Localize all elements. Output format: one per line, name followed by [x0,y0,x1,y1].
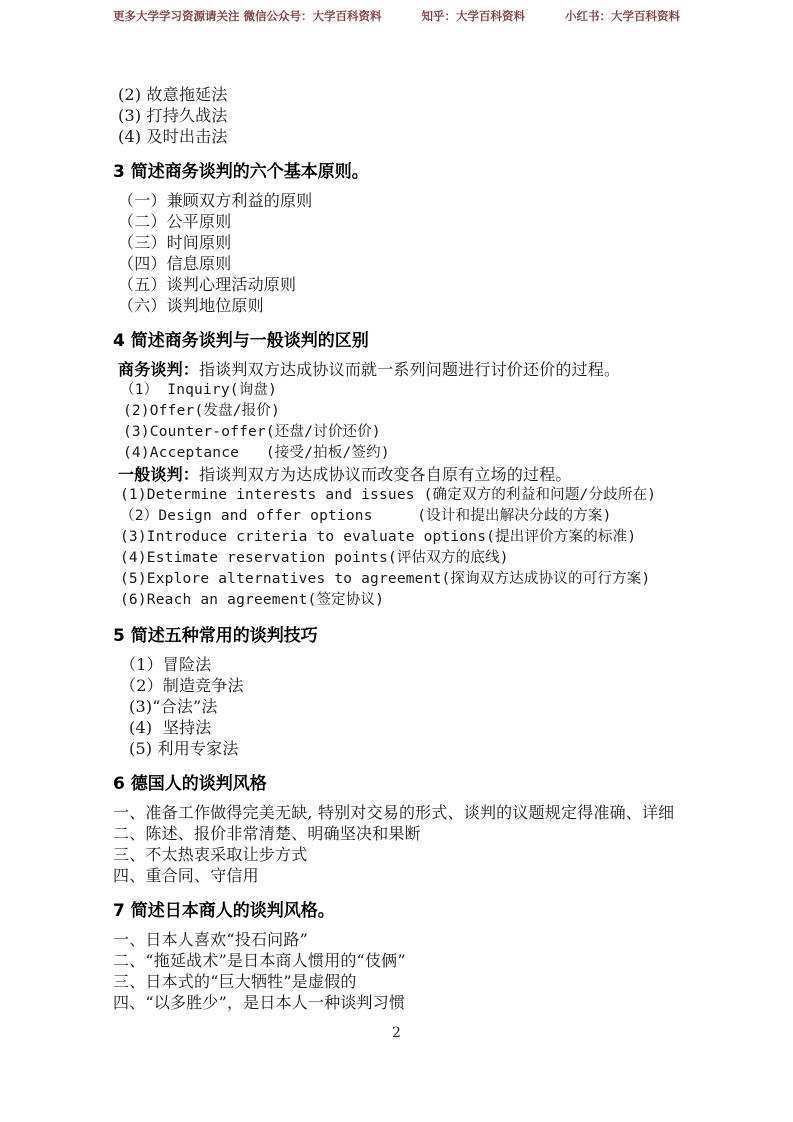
definition-line: 商务谈判：指谈判双方达成协议而就一系列问题进行讨价还价的过程。 [113,359,743,380]
list-item: （2）制造竞争法 [113,675,743,696]
list-item: (3)Counter-offer(还盘/讨价还价) [113,422,743,443]
header-wechat-note: 更多大学学习资源请关注 微信公众号：大学百科资料 [113,9,382,24]
section-heading-7: 7 简述日本商人的谈判风格。 [113,899,743,923]
section-heading-5: 5 简述五种常用的谈判技巧 [113,624,743,648]
list-item: （三）时间原则 [113,232,743,253]
definition-line: 一般谈判：指谈判双方为达成协议而改变各自原有立场的过程。 [113,464,743,485]
section-heading-6: 6 德国人的谈判风格 [113,772,743,796]
definition-term: 一般谈判： [118,465,199,484]
list-item: （六）谈判地位原则 [113,295,743,316]
list-item: (3) 打持久战法 [113,105,743,126]
list-item: (5)Explore alternatives to agreement(探询双… [113,569,743,590]
definition-text: 指谈判双方为达成协议而改变各自原有立场的过程。 [199,465,572,484]
list-item: (1)Determine interests and issues (确定双方的… [113,485,743,506]
section-heading-3: 3 简述商务谈判的六个基本原则。 [113,160,743,184]
list-item: 三、日本式的“巨大牺牲”是虚假的 [113,971,743,992]
list-item: （四）信息原则 [113,253,743,274]
definition-term: 商务谈判： [118,360,199,379]
list-item: （1） Inquiry(询盘) [113,380,743,401]
list-item: 二、“拖延战术”是日本商人惯用的“伎俩” [113,950,743,971]
list-item: (5) 利用专家法 [113,738,743,759]
page-number: 2 [0,1025,793,1041]
list-item: 四、“以多胜少”，是日本人一种谈判习惯 [113,992,743,1013]
list-item: （1）冒险法 [113,654,743,675]
list-item: 二、陈述、报价非常清楚、明确坚决和果断 [113,823,743,844]
list-item: (2) 故意拖延法 [113,84,743,105]
list-item: (4) 坚持法 [113,717,743,738]
list-item: (4) 及时出击法 [113,126,743,147]
list-item: (2)Offer(发盘/报价) [113,401,743,422]
list-item: (6)Reach an agreement(签定协议) [113,590,743,611]
page-header: 更多大学学习资源请关注 微信公众号：大学百科资料 知乎：大学百科资料 小红书：大… [0,9,793,24]
list-item: (4)Estimate reservation points(评估双方的底线) [113,548,743,569]
list-item: (4)Acceptance (接受/拍板/签约) [113,443,743,464]
list-item: （一）兼顾双方利益的原则 [113,190,743,211]
header-zhihu-note: 知乎：大学百科资料 [422,9,526,24]
list-item: 三、不太热衷采取让步方式 [113,844,743,865]
list-item: 四、重合同、守信用 [113,865,743,886]
document-page: { "header": { "color": "#8a3b3b", "part1… [0,0,793,1122]
list-item: （五）谈判心理活动原则 [113,274,743,295]
list-item: (3)“合法”法 [113,696,743,717]
list-item: （2）Design and offer options (设计和提出解决分歧的方… [113,506,743,527]
definition-text: 指谈判双方达成协议而就一系列问题进行讨价还价的过程。 [199,360,620,379]
header-xiaohongshu-note: 小红书：大学百科资料 [565,9,680,24]
document-body: (2) 故意拖延法 (3) 打持久战法 (4) 及时出击法 3 简述商务谈判的六… [113,84,743,1013]
section-heading-4: 4 简述商务谈判与一般谈判的区别 [113,329,743,353]
list-item: (3)Introduce criteria to evaluate option… [113,527,743,548]
list-item: 一、日本人喜欢“投石问路” [113,929,743,950]
list-item: 一、准备工作做得完美无缺, 特别对交易的形式、谈判的议题规定得准确、详细 [113,802,743,823]
list-item: （二）公平原则 [113,211,743,232]
